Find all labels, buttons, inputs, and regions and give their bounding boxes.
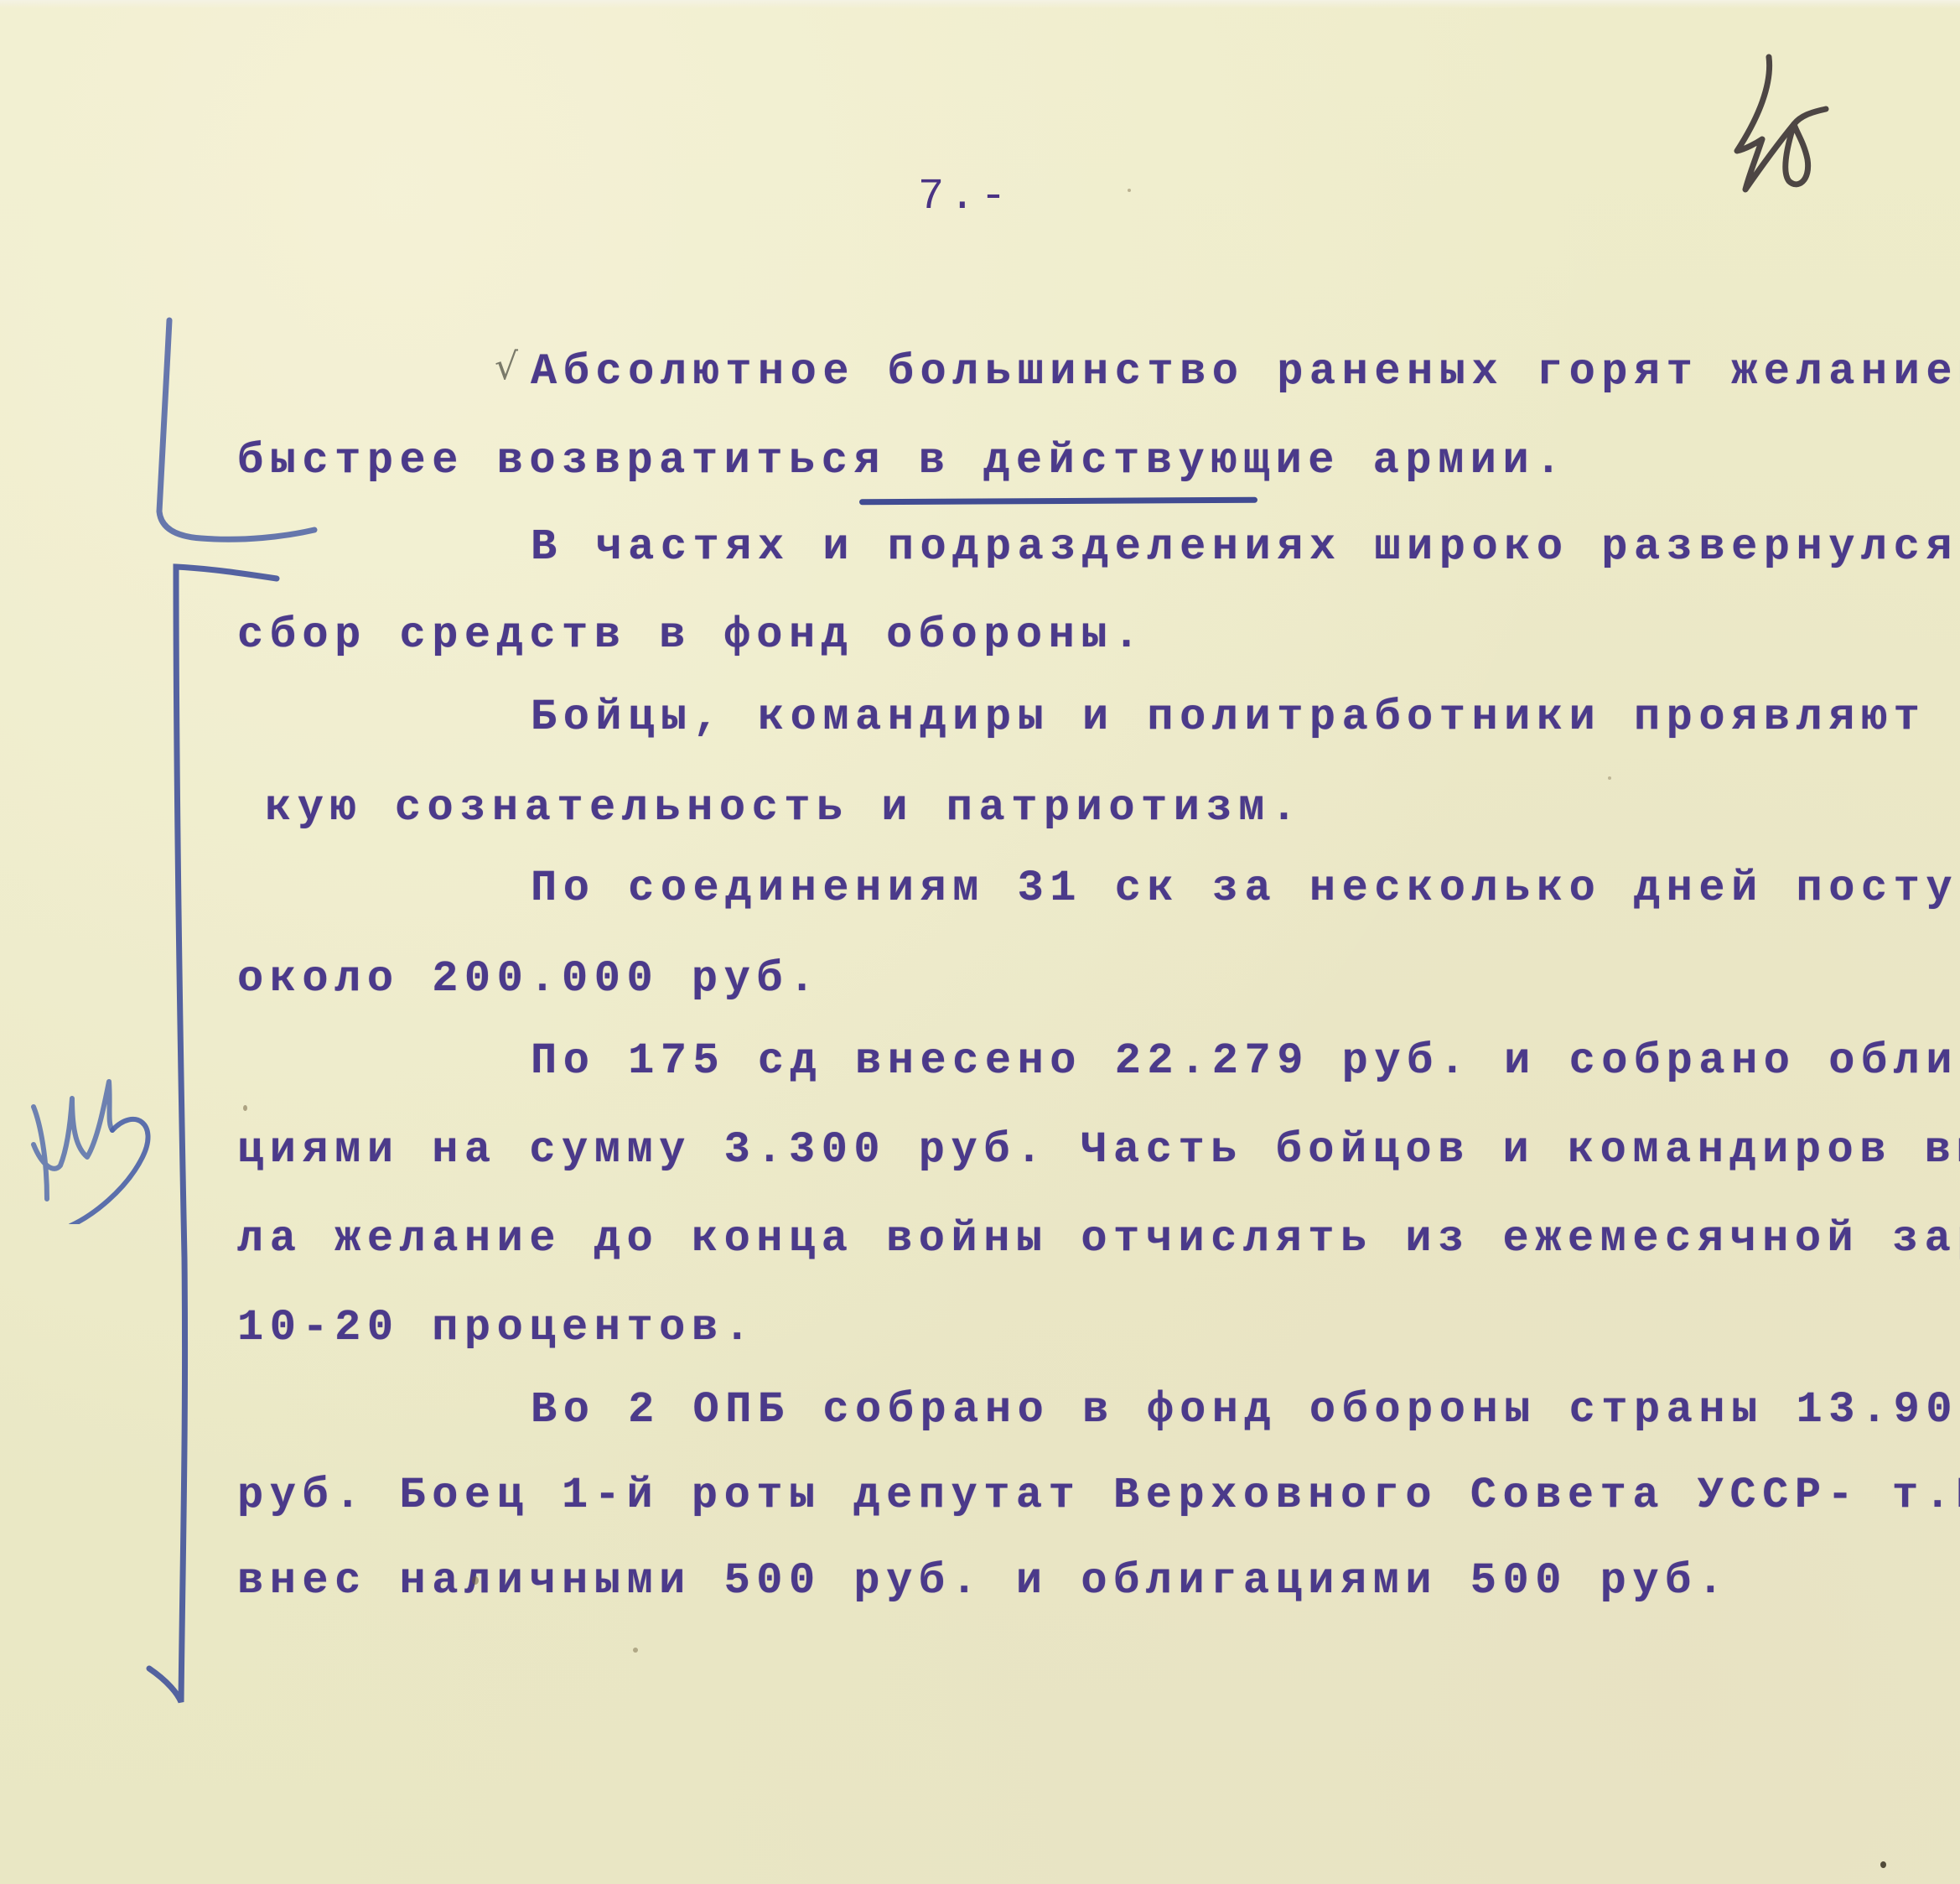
text-line: циями на сумму 3.300 руб. Часть бойцов и… — [237, 1129, 1960, 1172]
text-line: сбор средств в фонд обороны. — [237, 614, 1146, 657]
text-line: кую сознательность и патриотизм. — [265, 786, 1304, 830]
typewritten-body: Абсолютное большинство раненых горят жел… — [0, 0, 1960, 1884]
text-line: быстрее возвратиться в действующие армии… — [237, 439, 1568, 483]
text-line: внес наличными 500 руб. и облигациями 50… — [237, 1560, 1729, 1603]
text-line: В частях и подразделениях широко разверн… — [531, 526, 1958, 569]
text-line: 10-20 процентов. — [237, 1306, 756, 1350]
text-line: руб. Боец 1-й роты депутат Верховного Со… — [237, 1474, 1960, 1518]
text-line: Бойцы, командиры и политработники проявл… — [531, 696, 1960, 740]
text-line: около 200.000 руб. — [237, 958, 822, 1001]
text-line: По соединениям 31 ск за несколько дней п… — [531, 867, 1960, 911]
text-line: ла желание до конца войны отчислять из е… — [237, 1217, 1960, 1261]
text-line: Абсолютное большинство раненых горят жел… — [531, 350, 1960, 394]
text-line: По 175 сд внесено 22.279 руб. и собрано … — [531, 1040, 1960, 1083]
text-line: Во 2 ОПБ собрано в фонд обороны страны 1… — [531, 1388, 1960, 1432]
